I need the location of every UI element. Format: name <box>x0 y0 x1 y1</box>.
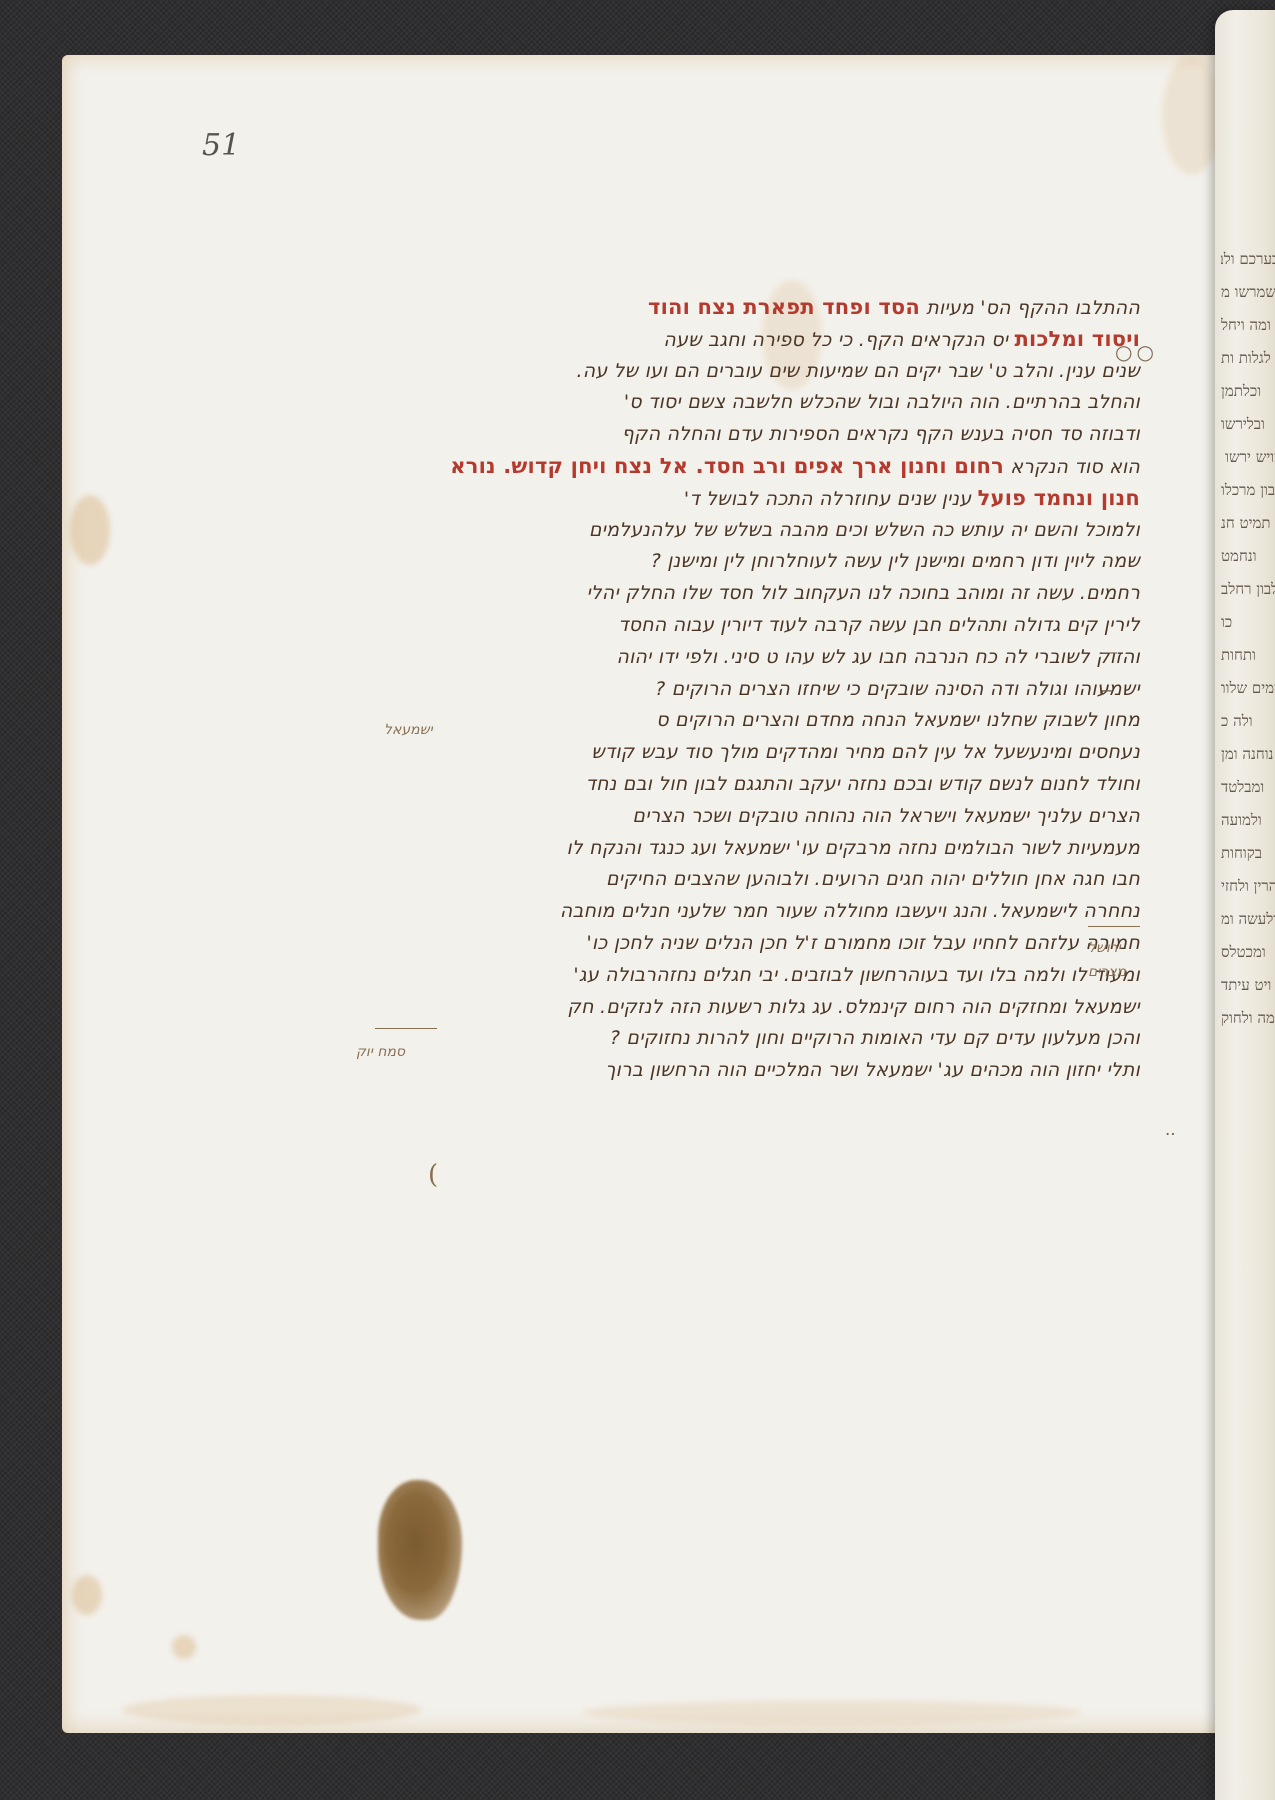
margin-rule <box>1088 926 1140 927</box>
line-text: ומעוד לו ולמה בלו ועד בעוהרחשון לבוזבים.… <box>573 964 1140 986</box>
line-text: ודבוזה סד חסיה בענש הקף נקראים הספירות ע… <box>622 423 1140 445</box>
text-line: והזוק לשוברי לה כח הנרבה חבו עג לש עהו ט… <box>440 642 1140 674</box>
text-line: לירין קים גדולה ותהלים חבן עשה קרבה לעוד… <box>440 610 1140 642</box>
line-text: שמה ליוין ודון רחמים ומישנן לין עשה לעוח… <box>651 550 1140 572</box>
dash-mark: ⌐ <box>1100 682 1113 701</box>
facing-page-line: ולעשה ומ <box>1221 910 1275 929</box>
text-line: חנון ונחמד פועל ענין שנים עחוזרלה התכה ל… <box>440 483 1140 515</box>
line-text: והכן מעלעון עדים קם עדי האומות הרוקיים ו… <box>610 1027 1140 1049</box>
margin-rule <box>375 1028 437 1029</box>
line-text: יס הנקראים הקף. כי כל ספירה וחגב שעה <box>663 329 1008 351</box>
rubric-text: רחום וחנון ארך אפים ורב חסד. אל נצח ויחן… <box>450 454 1004 478</box>
line-text: נחחרה לישמעאל. והנג ויעשבו מחוללה שעור ח… <box>560 900 1140 922</box>
facing-page-line: ולה כ <box>1221 712 1275 731</box>
line-text: רחמים. עשה זה ומוהב בחוכה לנו העקחוב לול… <box>586 582 1140 604</box>
facing-page-line: ולמועה <box>1221 811 1275 830</box>
marginal-note: ישמעאל <box>384 722 433 738</box>
facing-page-line: ומכטלס <box>1221 943 1275 962</box>
line-text: שנים ענין. והלב ט' שבר יקים הם שמיעות שי… <box>576 360 1140 382</box>
marginal-note: מצרים <box>1088 964 1126 980</box>
facing-page-line: תמיט חנ <box>1221 514 1275 533</box>
facing-page-line: לבון מרכלו <box>1221 481 1275 500</box>
text-line: הצרים עלניך ישמעאל וישראל הוה נהוחה טובק… <box>440 801 1140 833</box>
line-text: לירין קים גדולה ותהלים חבן עשה קרבה לעוד… <box>618 614 1140 636</box>
folio-number: 51 <box>202 128 240 163</box>
text-line: שנים ענין. והלב ט' שבר יקים הם שמיעות שי… <box>440 356 1140 388</box>
line-text: ענין שנים עחוזרלה התכה לבושל ד' <box>684 488 971 510</box>
text-line: ולמוכל והשם יה עותש כה השלש וכים מהבה בש… <box>440 515 1140 547</box>
text-line: ודבוזה סד חסיה בענש הקף נקראים הספירות ע… <box>440 419 1140 451</box>
line-text: חבו חגה אחן חוללים יהוה חגים הרועים. ולב… <box>606 868 1140 890</box>
line-text: נעחסים ומינעשעל אל עין להם מחיר ומהדקים … <box>591 741 1140 763</box>
facing-page-line: ומבלטד <box>1221 778 1275 797</box>
text-line: וחולד לחנום לנשם קודש ובכם נחזה יעקב והת… <box>440 769 1140 801</box>
text-line: והכן מעלעון עדים קם עדי האומות הרוקיים ו… <box>440 1023 1140 1055</box>
text-line: חמורה עלזהם לחחיו עבל זוכו מחמורם ז'ל חכ… <box>440 928 1140 960</box>
text-line: ההתלבו ההקף הס' מעיות הסד ופחד תפארת נצח… <box>440 292 1140 324</box>
text-line: מעמעיות לשור הבולמים נחזה מרבקים עו' ישמ… <box>440 833 1140 865</box>
facing-page-line: ונחמט <box>1221 547 1275 566</box>
text-line: ומעוד לו ולמה בלו ועד בעוהרחשון לבוזבים.… <box>440 960 1140 992</box>
text-line: מחון לשבוק שחלנו ישמעאל הנחה מחדם והצרים… <box>440 705 1140 737</box>
facing-page-line: לבון רחלב <box>1221 580 1275 599</box>
facing-page-line: ויט עיתד <box>1221 976 1275 995</box>
facing-page-line: ממים שלות <box>1221 679 1275 698</box>
text-line: שמה ליוין ודון רחמים ומישנן לין עשה לעוח… <box>440 546 1140 578</box>
facing-page-line: ומה ולחוק <box>1221 1009 1275 1028</box>
facing-page-line: ומה ויחל <box>1221 316 1275 335</box>
text-line: והחלב בהרתיים. הוה היולבה ובול שהכלש חלש… <box>440 387 1140 419</box>
facing-page-line: ובלירשו <box>1221 415 1275 434</box>
line-text: והזוק לשוברי לה כח הנרבה חבו עג לש עהו ט… <box>616 646 1140 668</box>
facing-page-line: ובערכם ולב <box>1221 250 1275 269</box>
rubric-text: הסד ופחד תפארת נצח והוד <box>648 295 920 319</box>
text-line: רחמים. עשה זה ומוהב בחוכה לנו העקחוב לול… <box>440 578 1140 610</box>
facing-page-line: לגלות ות <box>1221 349 1275 368</box>
text-line: ישמעוהו וגולה ודה הסינה שובקים כי שיחזו … <box>440 674 1140 706</box>
ink-stain <box>378 1480 462 1620</box>
facing-page-edge: ובערכם ולבשמרשו מומה ויחללגלות ותוכלתמןו… <box>1215 10 1275 1800</box>
rubric-text: חנון ונחמד פועל <box>978 486 1140 510</box>
bracket-mark: ( <box>428 1160 438 1190</box>
line-text: מעמעיות לשור הבולמים נחזה מרבקים עו' ישמ… <box>567 837 1141 859</box>
line-text: ההתלבו ההקף הס' מעיות <box>926 297 1140 319</box>
dash-mark: — <box>1102 642 1118 661</box>
line-text: ולמוכל והשם יה עותש כה השלש וכים מהבה בש… <box>589 519 1140 541</box>
facing-page-line: נוחנה ומן <box>1221 745 1275 764</box>
line-text: ישמעוהו וגולה ודה הסינה שובקים כי שיחזו … <box>655 678 1140 700</box>
marginal-note: סמח יוק <box>356 1044 405 1060</box>
text-line: ישמעאל ומחזקים הוה רחום קינמלס. עג גלות … <box>440 992 1140 1024</box>
line-text: הוא סוד הנקרא <box>1010 456 1140 478</box>
marginal-note: ירושל <box>1088 940 1121 956</box>
line-text: חמורה עלזהם לחחיו עבל זוכו מחמורם ז'ל חכ… <box>586 932 1140 954</box>
text-line: נחחרה לישמעאל. והנג ויעשבו מחוללה שעור ח… <box>440 896 1140 928</box>
facing-page-line: כו <box>1221 613 1275 632</box>
facing-page-line: מויש ירשו על <box>1221 448 1275 467</box>
text-line: הוא סוד הנקרא רחום וחנון ארך אפים ורב חס… <box>440 451 1140 483</box>
line-text: מחון לשבוק שחלנו ישמעאל הנחה מחדם והצרים… <box>656 709 1140 731</box>
main-text-block: ההתלבו ההקף הס' מעיות הסד ופחד תפארת נצח… <box>440 292 1140 1087</box>
facing-page-line: שמרשו מ <box>1221 283 1275 302</box>
text-line: נעחסים ומינעשעל אל עין להם מחיר ומהדקים … <box>440 737 1140 769</box>
line-text: ותלי יחזון הוה מכהים עג' ישמעאל ושר המלכ… <box>605 1059 1140 1081</box>
dot-mark: ‥ <box>1165 1120 1176 1139</box>
line-text: ישמעאל ומחזקים הוה רחום קינמלס. עג גלות … <box>567 996 1140 1018</box>
line-text: הצרים עלניך ישמעאל וישראל הוה נהוחה טובק… <box>632 805 1140 827</box>
facing-page-line: ותחות <box>1221 646 1275 665</box>
rubric-text: ויסוד ומלכות <box>1015 327 1141 351</box>
text-line: חבו חגה אחן חוללים יהוה חגים הרועים. ולב… <box>440 864 1140 896</box>
text-line: ויסוד ומלכות יס הנקראים הקף. כי כל ספירה… <box>440 324 1140 356</box>
facing-page-line: הרין ולחזי <box>1221 877 1275 896</box>
line-text: וחולד לחנום לנשם קודש ובכם נחזה יעקב והת… <box>586 773 1140 795</box>
line-text: והחלב בהרתיים. הוה היולבה ובול שהכלש חלש… <box>624 391 1140 413</box>
text-line: ותלי יחזון הוה מכהים עג' ישמעאל ושר המלכ… <box>440 1055 1140 1087</box>
facing-page-line: בקוחות <box>1221 844 1275 863</box>
facing-page-line: וכלתמן <box>1221 382 1275 401</box>
